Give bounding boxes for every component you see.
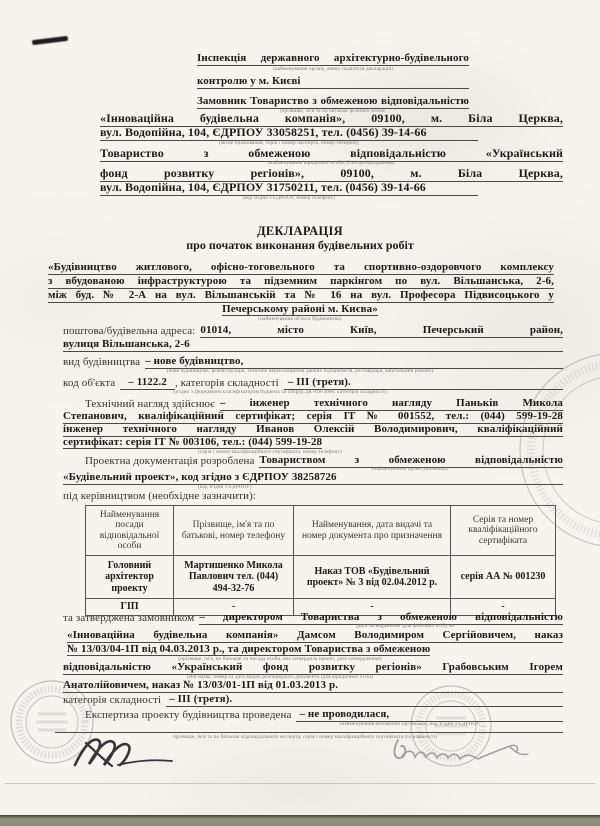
table-row: Головний архітектор проекту Мартишенко М…	[86, 556, 556, 599]
responsible-persons-table: Найменування посади відповідальної особи…	[85, 505, 556, 616]
cell-position: Головний архітектор проекту	[86, 556, 174, 599]
design-doc-row: Проектна документація розроблена Товарис…	[63, 454, 563, 468]
object-name-line-4: Печерському районі м. Києва»	[222, 303, 378, 316]
approval-rule	[338, 679, 563, 693]
complexity-row: категорія складності – ІІІ (третя).	[63, 693, 563, 707]
object-name-line-1: «Будівництво житлового, офісно-тоговельн…	[48, 261, 554, 275]
design-doc-line-2: «Будівельний проект», код згідно з ЄДРПО…	[63, 471, 337, 483]
construction-type-caption: (нове будівництво, реконструкція, техніч…	[130, 369, 470, 375]
approval-value-1: – директором Товариства з обмеженою відп…	[199, 611, 563, 625]
authority-line-1: Інспекція державного архітектурно-будіве…	[197, 52, 469, 66]
company2-line-1: Товариство з обмеженою відповідальністю …	[100, 147, 563, 162]
expertise-caption: (найменування експертної організації, ко…	[290, 722, 530, 728]
approval-row-5: Анатолійовичем, наказ № 13/03/01-1П від …	[63, 679, 563, 693]
complexity-repeat-label: категорія складності	[63, 694, 166, 707]
company2-caption-2: (код згідно з ЄДРПОУ, номер телефону)	[100, 196, 478, 202]
authority-line-2: контролю у м. Києві	[197, 75, 469, 89]
cell-certificate: серія АА № 001230	[451, 556, 556, 599]
table-header-row: Найменування посади відповідальної особи…	[86, 506, 556, 556]
construction-type-label: вид будівництва	[63, 356, 145, 369]
approval-line-3-wrap: № 13/03/04-1П від 04.03.2013 р., та дире…	[67, 643, 563, 656]
signature-right	[394, 740, 528, 759]
object-code-rule	[355, 376, 563, 390]
complexity-repeat-value: – ІІІ (третя).	[166, 693, 235, 707]
scanned-declaration-page: Інспекція державного архітектурно-будіве…	[0, 0, 600, 826]
supervision-line-4-wrap: сертифікат: серія ІТ № 003106, тел.: (04…	[63, 436, 563, 449]
cell-name: Мартишенко Микола Павлович тел. (044) 49…	[174, 556, 294, 599]
supervision-line-2: Степанович, кваліфікаційний сертифікат; …	[63, 410, 563, 424]
design-doc-line-2-wrap: «Будівельний проект», код згідно з ЄДРПО…	[63, 471, 563, 485]
expertise-rule	[392, 708, 563, 722]
complexity-rule	[235, 693, 563, 707]
complexity-label: , категорія складності	[175, 377, 284, 390]
construction-type-rule	[243, 355, 563, 369]
postal-address-row: поштова/будівельна адреса: 01014, місто …	[63, 324, 563, 338]
object-name-line-4-wrap: Печерському районі м. Києва»	[0, 303, 600, 316]
table-header-document: Найменування, дата видачі та номер докум…	[294, 506, 451, 556]
approval-line-4: відповідальністю «Український фонд розви…	[63, 661, 563, 675]
cell-document: Наказ ТОВ «Будівельний проект» № 3 від 0…	[294, 556, 451, 599]
approval-line-2: «Інноваційна будівельна компанія» Дамсом…	[67, 629, 563, 643]
supervision-value-1: – інженер технічного нагляду Паньків Мик…	[220, 397, 563, 411]
construction-type-value: – нове будівництво,	[145, 355, 243, 369]
expert-signature-line	[55, 731, 563, 733]
postal-address-value: 01014, місто Київ, Печерський район,	[200, 324, 563, 338]
document-subtitle: про початок виконання будівельних робіт	[0, 239, 600, 252]
company1-line-2: вул. Водопійна, 104, ЄДРПОУ 33058251, те…	[100, 126, 478, 141]
approval-line-5: Анатолійовичем, наказ № 13/03/01-1П від …	[63, 679, 338, 693]
signature-left	[75, 740, 172, 766]
approval-line-3: № 13/03/04-1П від 04.03.2013 р., та дире…	[67, 643, 430, 656]
customer-line: Замовник Товариство з обмеженою відповід…	[197, 95, 469, 109]
table-header-name: Прізвище, ім'я та по батькові, номер тел…	[174, 506, 294, 556]
construction-type-row: вид будівництва – нове будівництво,	[63, 355, 563, 369]
object-code-label: код об'єкта	[63, 377, 120, 390]
expert-caption: прізвище, ім'я та по батькові відповідал…	[60, 735, 550, 741]
object-name-caption: (найменування об'єкта будівництва)	[0, 317, 600, 323]
supervision-row-1: Технічний нагляд здійснює – інженер техн…	[63, 397, 563, 411]
table-header-certificate: Серія та номер кваліфікаційного сертифік…	[451, 506, 556, 556]
expertise-row: Експертиза проекту будівництва проведена…	[63, 708, 563, 722]
object-name-line-3: між буд. № 2-А на вул. Вільшанській та №…	[48, 289, 554, 303]
design-doc-label: Проектна документація розроблена	[85, 455, 259, 468]
object-name-line-2: з вбудованою інфраструктурою та підземни…	[48, 275, 554, 289]
registration-smudge	[32, 36, 68, 45]
expertise-label: Експертиза проекту будівництва проведена	[85, 709, 296, 722]
expertise-value: – не проводилася,	[296, 708, 392, 722]
object-code-row: код об'єкта – 1122.2 , категорія складно…	[63, 376, 563, 390]
supervision-line-3: інженер технічного нагляду Иванов Олексі…	[63, 423, 563, 437]
complexity-value: – ІІІ (третя).	[284, 376, 355, 390]
authority-caption: (найменування органу, якому надається де…	[197, 67, 469, 73]
approval-row-1: та затверджена замовником – директором Т…	[63, 611, 563, 625]
scan-artifact-line	[5, 783, 595, 784]
table-header-position: Найменування посади відповідальної особи	[86, 506, 174, 556]
object-code-value: – 1122.2	[120, 376, 175, 390]
object-code-caption: (згідно з Державним класифікатором будів…	[100, 390, 460, 396]
leadership-label: під керівництвом (необхідне зазначити):	[63, 490, 483, 503]
scan-edge-band	[0, 815, 600, 826]
company2-line-3: вул. Водопійна, 104, ЄДРПОУ 31750211, те…	[100, 181, 478, 196]
approval-label: та затверджена замовником	[63, 612, 199, 625]
document-title: ДЕКЛАРАЦІЯ	[0, 224, 600, 238]
postal-address-line-2: вулиця Вільшанська, 2-6	[63, 338, 563, 352]
postal-address-label: поштова/будівельна адреса:	[63, 325, 200, 338]
design-doc-value-1: Товариством з обмеженою відповідальністю	[259, 454, 563, 468]
supervision-line-4: сертифікат: серія ІТ № 003106, тел.: (04…	[63, 436, 322, 449]
